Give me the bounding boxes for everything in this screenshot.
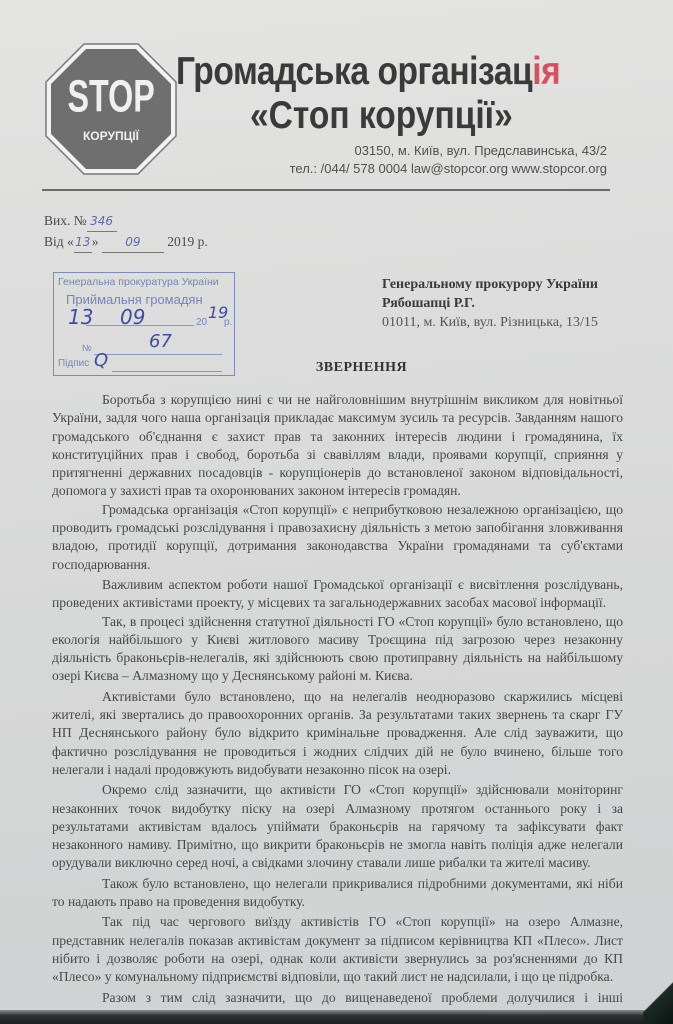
paragraph: Важливим аспектом роботи нашої Громадськ… xyxy=(52,576,623,613)
paragraph: Так, в процесі здійснення статутної діял… xyxy=(52,613,623,686)
table-surface-edge xyxy=(0,1010,673,1024)
paragraph: Громадська організація «Стоп корупції» є… xyxy=(52,501,623,574)
logo-corruption-text: КОРУПЦІЇ xyxy=(83,128,140,143)
paragraph: Боротьба з корупцією нині є чи не найгол… xyxy=(52,391,623,501)
document-title: ЗВЕРНЕННЯ xyxy=(0,360,673,376)
paragraph: Так під час чергового виїзду активістів … xyxy=(52,913,623,986)
stamp-date-line xyxy=(86,325,194,326)
stamp-number-value: 67 xyxy=(149,331,172,352)
org-title: Громадська організація xyxy=(176,50,563,94)
outgoing-number-value: 346 xyxy=(87,212,117,232)
document-page: STOP КОРУПЦІЇ Громадська організація «Ст… xyxy=(0,0,673,1012)
org-address: 03150, м. Київ, вул. Предславинська, 43/… xyxy=(354,143,607,158)
corner-shadow xyxy=(643,969,673,1024)
paragraph: Окремо слід зазначити, що активісти ГО «… xyxy=(52,781,623,872)
outgoing-date-year: 2019 р. xyxy=(167,234,208,249)
stamp-year-end: р. xyxy=(224,317,232,328)
org-subtitle: «Стоп корупції» xyxy=(250,94,513,138)
header-divider xyxy=(42,189,610,191)
outgoing-date-label: Від « xyxy=(44,234,74,249)
outgoing-date-day: 13 xyxy=(74,233,92,253)
addressee-block: Генеральному прокурору України Рябошапці… xyxy=(382,275,598,332)
document-body: Боротьба з корупцією нині є чи не найгол… xyxy=(52,391,623,1024)
outgoing-number-label: Вих. № xyxy=(44,213,87,228)
org-title-highlight: ія xyxy=(532,50,560,93)
stamp-year-prefix: 20 xyxy=(196,317,207,328)
stop-sign-logo-icon: STOP КОРУПЦІЇ xyxy=(44,42,178,176)
addressee-address: 01011, м. Київ, вул. Різницька, 13/15 xyxy=(382,313,598,332)
stamp-org: Генеральна прокуратура України xyxy=(58,276,219,288)
outgoing-date-quote: » xyxy=(92,234,99,249)
outgoing-reference: Вих. №346 Від «13» 09 2019 р. xyxy=(44,211,208,253)
addressee-position: Генеральному прокурору України xyxy=(382,275,598,294)
stamp-number-line xyxy=(94,354,222,355)
logo-stop-text: STOP xyxy=(67,71,154,122)
stamp-number-label: № xyxy=(82,343,92,353)
addressee-name: Рябошапці Р.Г. xyxy=(382,294,598,313)
org-contacts: тел.: /044/ 578 0004 law@stopcor.org www… xyxy=(290,161,607,176)
paragraph: Також було встановлено, що нелегали прик… xyxy=(52,875,623,912)
paragraph: Активістами було встановлено, що на неле… xyxy=(52,688,623,779)
outgoing-date-month: 09 xyxy=(102,233,164,253)
